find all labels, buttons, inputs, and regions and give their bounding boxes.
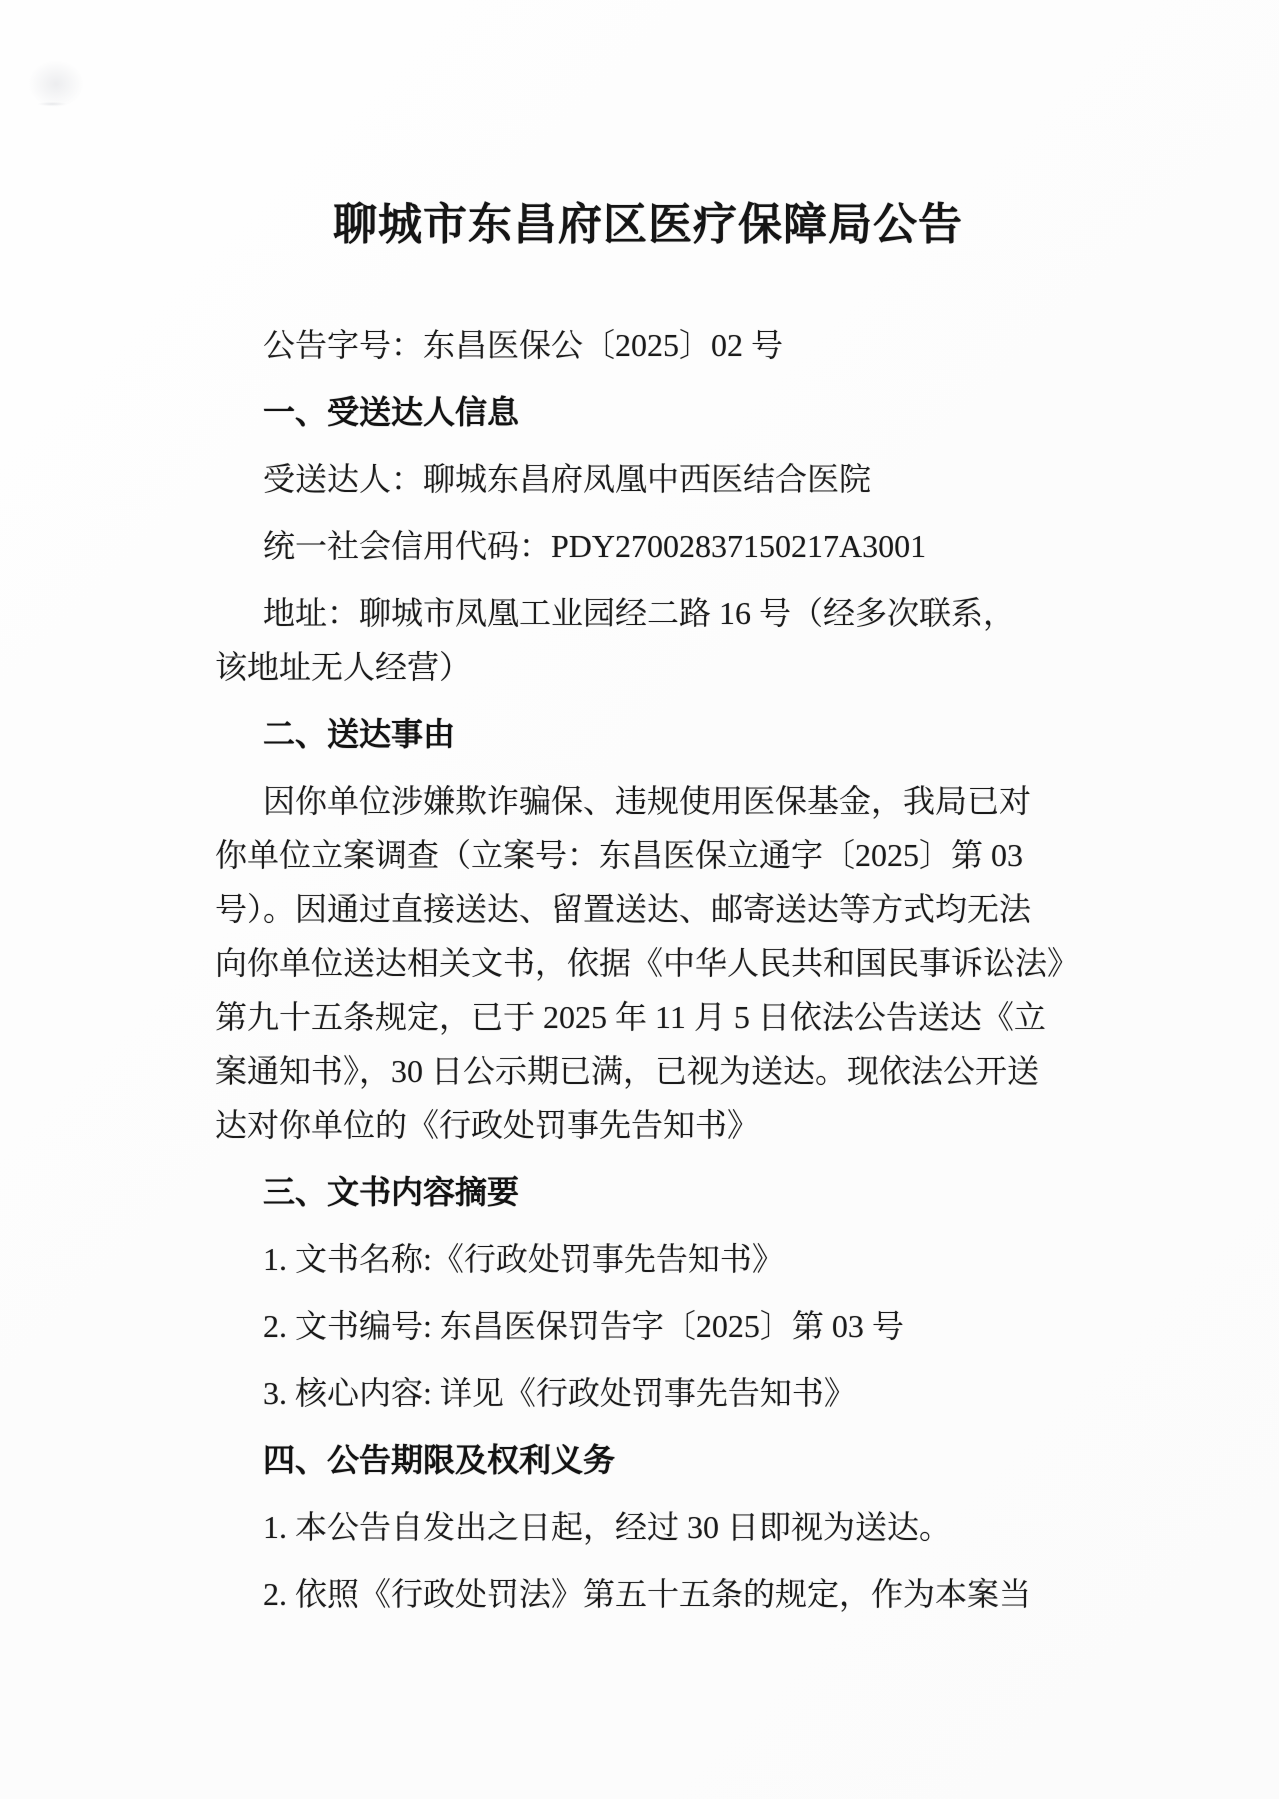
- document-line: 2. 依照《行政处罚法》第五十五条的规定，作为本案当: [215, 1567, 1081, 1621]
- document-line: 一、受送达人信息: [215, 385, 1081, 439]
- document-line: 四、公告期限及权利义务: [215, 1433, 1081, 1487]
- paper-smudge: [28, 60, 84, 108]
- document-line: 3. 核心内容: 详见《行政处罚事先告知书》: [215, 1366, 1081, 1420]
- paper-smudge-dash: [38, 102, 66, 106]
- document-line: 达对你单位的《行政处罚事先告知书》: [215, 1098, 1081, 1152]
- document-line: 你单位立案调查（立案号：东昌医保立通字〔2025〕第 03: [215, 828, 1081, 882]
- document-line: 公告字号：东昌医保公〔2025〕02 号: [215, 318, 1081, 372]
- document-line: 地址：聊城市凤凰工业园经二路 16 号（经多次联系，: [215, 586, 1081, 640]
- document-line: 1. 文书名称:《行政处罚事先告知书》: [215, 1232, 1081, 1286]
- document-line: 第九十五条规定，已于 2025 年 11 月 5 日依法公告送达《立: [215, 990, 1081, 1044]
- document-line: 2. 文书编号: 东昌医保罚告字〔2025〕第 03 号: [215, 1299, 1081, 1353]
- scanned-announcement-page: { "document": { "title": "聊城市东昌府区医疗保障局公告…: [0, 0, 1279, 1799]
- document-line: 1. 本公告自发出之日起，经过 30 日即视为送达。: [215, 1500, 1081, 1554]
- document-title: 聊城市东昌府区医疗保障局公告: [215, 198, 1081, 252]
- document-body: 公告字号：东昌医保公〔2025〕02 号一、受送达人信息受送达人：聊城东昌府凤凰…: [215, 318, 1081, 1621]
- text-column: 聊城市东昌府区医疗保障局公告 公告字号：东昌医保公〔2025〕02 号一、受送达…: [215, 0, 1081, 1621]
- document-line: 二、送达事由: [215, 707, 1081, 761]
- document-line: 统一社会信用代码：PDY27002837150217A3001: [215, 519, 1081, 573]
- document-line: 该地址无人经营）: [215, 640, 1081, 694]
- document-line: 向你单位送达相关文书，依据《中华人民共和国民事诉讼法》: [215, 936, 1081, 990]
- document-line: 三、文书内容摘要: [215, 1165, 1081, 1219]
- document-line: 案通知书》，30 日公示期已满，已视为送达。现依法公开送: [215, 1044, 1081, 1098]
- paper-sheet: 聊城市东昌府区医疗保障局公告 公告字号：东昌医保公〔2025〕02 号一、受送达…: [0, 0, 1279, 1799]
- document-line: 受送达人：聊城东昌府凤凰中西医结合医院: [215, 452, 1081, 506]
- document-line: 因你单位涉嫌欺诈骗保、违规使用医保基金，我局已对: [215, 774, 1081, 828]
- document-line: 号）。因通过直接送达、留置送达、邮寄送达等方式均无法: [215, 882, 1081, 936]
